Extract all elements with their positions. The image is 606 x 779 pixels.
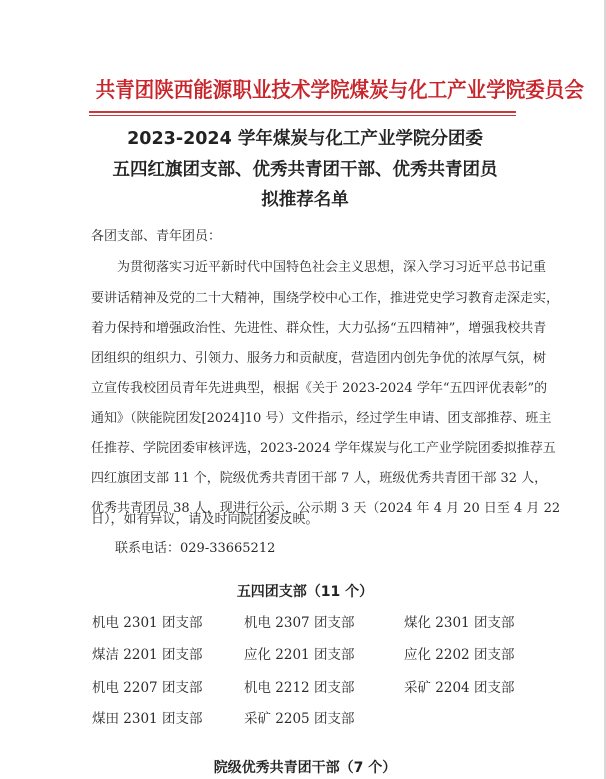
- section-heading-youth-branches: 五四团支部（11 个）: [80, 581, 530, 601]
- paragraph-line: 要讲话精神及党的二十大精神，围绕学校中心工作，推进党史学习教育走深走实，: [91, 286, 517, 311]
- doc-title-line-3: 拟推荐名单: [80, 186, 530, 211]
- branch-item: 机电 2301 团支部: [92, 611, 202, 631]
- branch-item: 机电 2307 团支部: [244, 611, 354, 631]
- paragraph-line: 通知》（陕能院团发[2024]10 号）文件指示，经过学生申请、团支部推荐、班主: [91, 406, 517, 431]
- paragraph-line: 任推荐、学院团委审核评选，2023-2024 学年煤炭与化工产业学院团委拟推荐五: [91, 436, 517, 461]
- organization-header: 共青团陕西能源职业技术学院煤炭与化工产业学院委员会: [96, 74, 511, 104]
- paragraph-line: 四红旗团支部 11 个，院级优秀共青团干部 7 人，班级优秀共青团干部 32 人…: [91, 466, 517, 491]
- branch-item: 煤田 2301 团支部: [92, 707, 202, 727]
- branch-item: 应化 2201 团支部: [244, 643, 354, 663]
- doc-title-line-1: 2023-2024 学年煤炭与化工产业学院分团委: [80, 125, 530, 150]
- branch-item: 机电 2207 团支部: [92, 676, 202, 696]
- paragraph-line: 日），如有异议，请及时向院团委反映。: [91, 507, 517, 532]
- contact-phone: 联系电话：029-33665212: [115, 536, 541, 561]
- branch-item: 采矿 2204 团支部: [404, 676, 514, 696]
- header-rule-thin: [89, 115, 516, 116]
- paragraph-line: 为贯彻落实习近平新时代中国特色社会主义思想，深入学习习近平总书记重: [91, 255, 517, 280]
- branch-item: 应化 2202 团支部: [404, 643, 514, 663]
- branch-item: 煤化 2301 团支部: [404, 611, 514, 631]
- paragraph-line: 团组织的组织力、引领力、服务力和贡献度，营造团内创先争优的浓厚气氛，树: [91, 346, 517, 371]
- branch-item: 煤洁 2201 团支部: [92, 643, 202, 663]
- branch-item: 机电 2212 团支部: [244, 676, 354, 696]
- paragraph-line: 着力保持和增强政治性、先进性、群众性，大力弘扬“五四精神”，增强我校共青: [91, 316, 517, 341]
- branch-item: 采矿 2205 团支部: [244, 707, 354, 727]
- salutation: 各团支部、青年团员：: [91, 224, 517, 249]
- header-rule-thick: [89, 111, 516, 113]
- doc-title-line-2: 五四红旗团支部、优秀共青团干部、优秀共青团员: [80, 156, 530, 181]
- paragraph-line: 立宣传我校团员青年先进典型，根据《关于 2023-2024 学年“五四评优表彰”…: [91, 376, 517, 401]
- section-heading-college-cadres: 院级优秀共青团干部（7 个）: [80, 757, 530, 777]
